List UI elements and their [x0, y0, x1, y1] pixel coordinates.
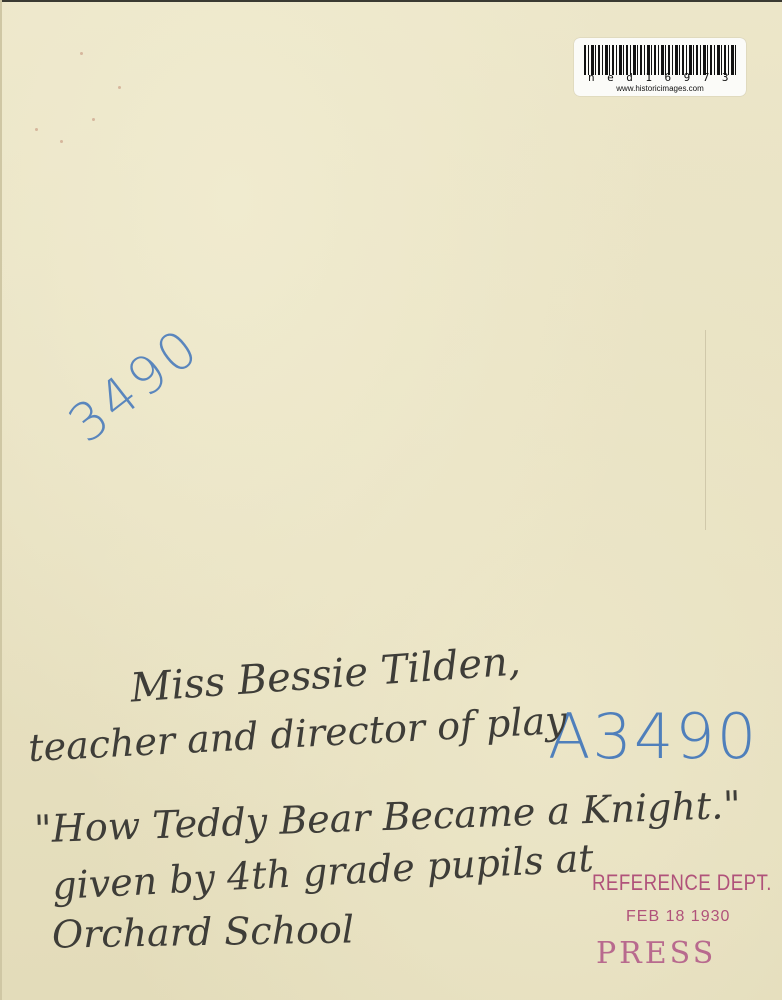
stamp-press-label: PRESS	[596, 936, 716, 971]
blue-reference-number: A3490	[548, 700, 758, 773]
crease-mark	[705, 330, 706, 530]
barcode-sticker: ned16973 www.historicimages.com	[574, 38, 746, 96]
stamp-department: REFERENCE DEPT.	[592, 870, 772, 896]
caption-line-2: teacher and director of play	[27, 698, 567, 770]
top-edge	[0, 0, 782, 2]
stamp-date: FEB 18 1930	[626, 908, 730, 926]
caption-line-5: Orchard School	[52, 907, 355, 956]
blue-crayon-number: 3490	[58, 316, 212, 455]
stain-speckle	[118, 86, 121, 89]
caption-line-3: "How Teddy Bear Became a Knight."	[33, 783, 741, 852]
stain-speckle	[92, 118, 95, 121]
stain-speckle	[80, 52, 83, 55]
caption-line-1: Miss Bessie Tilden,	[129, 638, 522, 711]
photo-back-paper: ned16973 www.historicimages.com 3490 A34…	[0, 0, 782, 1000]
left-edge	[0, 0, 2, 1000]
barcode-number: ned16973	[588, 72, 736, 84]
barcode-url: www.historicimages.com	[574, 84, 746, 93]
stain-speckle	[60, 140, 63, 143]
stain-speckle	[35, 128, 38, 131]
